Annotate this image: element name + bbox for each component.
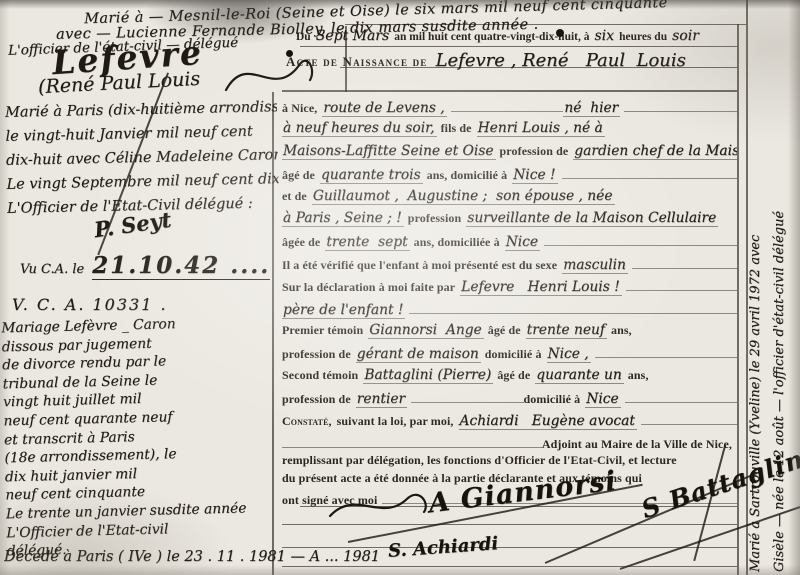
- form-line: père de l'enfant !: [282, 300, 737, 322]
- form-line: à neuf heures du soir,fils deHenri Louis…: [282, 120, 737, 142]
- signature-flourish: [326, 486, 436, 526]
- handwritten-entry: Achiardi Eugène avocat: [459, 413, 637, 430]
- blank-rule: [595, 344, 737, 358]
- handwritten-entry: Battaglini (Pierre): [363, 367, 493, 384]
- printed-label: remplissant par délégation, les fonction…: [282, 453, 677, 468]
- blank-rule: [624, 98, 737, 112]
- form-line: Il a été vérifié que l'enfant à moi prés…: [282, 255, 737, 277]
- right-margin-line2: Gisèle — née le 12 août — l'officier d'é…: [768, 12, 792, 572]
- form-line: Adjoint au Maire de la Ville de Nice,: [282, 434, 737, 453]
- printed-label: Premier témoin: [282, 323, 363, 338]
- handwritten-entry: masculin: [562, 257, 628, 274]
- handwritten-entry: Nice !: [512, 167, 557, 184]
- act-title-line: Acte de Naissance de Lefevre , René Paul…: [286, 50, 735, 71]
- blank-rule: [641, 411, 737, 425]
- form-line: et deGuillaumot , Augustine ; son épouse…: [282, 188, 737, 210]
- form-line: remplissant par délégation, les fonction…: [282, 453, 737, 472]
- divorce-1949-note: Mariage Lefèvre _ Carondissous par jugem…: [1, 313, 281, 561]
- signature-area-rule: [282, 547, 737, 548]
- signature-flourish: [222, 56, 322, 100]
- handwritten-entry: à Paris , Seine ; !: [282, 210, 404, 227]
- date-underline-rule: [300, 46, 737, 47]
- form-line: Second témoinBattaglini (Pierre)âgé dequ…: [282, 367, 737, 389]
- handwritten-entry: père de l'enfant !: [282, 302, 405, 319]
- blank-rule: [562, 165, 737, 179]
- form-line: profession derentierdomicilié àNice: [282, 389, 737, 411]
- printed-label: âgé de: [497, 368, 530, 383]
- blank-rule: [451, 98, 564, 112]
- form-line: à Nice,route de Levens ,né hier: [282, 98, 737, 120]
- handwritten-entry: Nice ,: [547, 346, 591, 363]
- visa-stamp: Vu C.A. le 21.10.42 ....: [20, 252, 270, 280]
- blank-rule: [625, 389, 737, 403]
- child-name-entry: Lefevre , René Paul Louis: [436, 50, 686, 71]
- printed-label: ans,: [611, 323, 632, 338]
- printed-label: domicilié à: [524, 392, 581, 407]
- printed-label: heures du: [619, 31, 667, 43]
- printed-label: âgée de: [282, 235, 320, 250]
- handwritten-entry: gérant de maison: [356, 346, 481, 363]
- handwritten-entry: Guillaumot , Augustine ; son épouse , né…: [312, 188, 615, 205]
- form-body: à Nice,route de Levens ,né hierà neuf he…: [282, 98, 737, 434]
- handwritten-entry: Nice: [585, 391, 620, 408]
- handwritten-entry: Nice: [505, 234, 540, 251]
- ink-blot: [556, 29, 564, 37]
- registry-reference: V. C. A. 10331 .: [12, 295, 168, 314]
- handwritten-entry: né hier: [563, 100, 620, 117]
- printed-label: ans, domicilié à: [427, 168, 508, 183]
- signature-area-rule: [282, 566, 737, 567]
- handwritten-entry: rentier: [356, 391, 407, 408]
- visa-stamp-label: Vu C.A. le: [20, 262, 84, 277]
- printed-label: domicilié à: [485, 347, 542, 362]
- printed-label: à Nice,: [282, 101, 317, 116]
- form-line: Premier témoinGiannorsi Angeâgé detrente…: [282, 322, 737, 344]
- printed-label: Il a été vérifié que l'enfant à moi prés…: [282, 258, 557, 273]
- handwritten-entry: quarante trois: [320, 167, 423, 184]
- scanned-birth-certificate: Marié à — Mesnil-le-Roi (Seine et Oise) …: [0, 0, 800, 575]
- printed-label: profession de: [282, 347, 351, 362]
- printed-label: ans,: [628, 368, 649, 383]
- blank-rule: [626, 277, 737, 291]
- handwritten-entry: surveillante de la Maison Cellulaire: [466, 210, 718, 227]
- blank-rule: [409, 300, 737, 314]
- header-bottom-rule: [282, 90, 737, 92]
- handwritten-entry: trente sept: [325, 234, 409, 251]
- printed-label: fils de: [441, 121, 472, 136]
- printed-label: Constaté,: [282, 414, 332, 429]
- form-line: âgée detrente septans, domiciliée àNice: [282, 232, 737, 254]
- form-line: âgé dequarante troisans, domicilié àNice…: [282, 165, 737, 187]
- marriage-1918-note: Marié à Paris (dix-huitième arrondisseme…: [5, 95, 279, 221]
- printed-label: et de: [282, 189, 307, 204]
- printed-label: âgé de: [488, 323, 521, 338]
- blank-rule: [282, 434, 542, 448]
- form-line: profession degérant de maisondomicilié à…: [282, 344, 737, 366]
- handwritten-entry: Henri Louis , né à: [477, 120, 605, 137]
- form-line: Sur la déclaration à moi faite parLefevr…: [282, 277, 737, 299]
- printed-label: profession de: [500, 144, 569, 159]
- printed-label: Second témoin: [282, 368, 358, 383]
- handwritten-entry: trente neuf: [526, 322, 607, 339]
- visa-stamp-date: 21.10.42 ....: [92, 252, 270, 280]
- handwritten-entry: Maisons-Laffitte Seine et Oise: [282, 143, 496, 160]
- handwritten-entry: Giannorsi Ange: [368, 322, 483, 339]
- form-line: Maisons-Laffitte Seine et Oiseprofession…: [282, 143, 737, 165]
- handwritten-entry: à neuf heures du soir,: [282, 120, 437, 137]
- blank-rule: [632, 255, 737, 269]
- handwritten-entry: gardien chef de la Maison Cellulaire: [573, 143, 737, 160]
- printed-label: Adjoint au Maire de la Ville de Nice,: [542, 437, 732, 452]
- printed-label: suivant la loi, par moi,: [337, 414, 454, 429]
- handwritten-entry: Lefevre Henri Louis !: [460, 279, 622, 296]
- blank-rule: [411, 389, 523, 403]
- printed-label: profession: [408, 211, 461, 226]
- handwritten-entry: quarante un: [535, 367, 624, 384]
- form-line: à Paris , Seine ; !professionsurveillant…: [282, 210, 737, 232]
- handwritten-entry: soir: [672, 28, 699, 44]
- form-line: Constaté,suivant la loi, par moi,Achiard…: [282, 411, 737, 433]
- handwritten-entry: route de Levens ,: [322, 100, 446, 117]
- printed-label: Sur la déclaration à moi faite par: [282, 280, 455, 295]
- printed-label: ans, domiciliée à: [414, 235, 500, 250]
- printed-label: âgé de: [282, 168, 315, 183]
- blank-rule: [544, 232, 737, 246]
- printed-label: profession de: [282, 392, 351, 407]
